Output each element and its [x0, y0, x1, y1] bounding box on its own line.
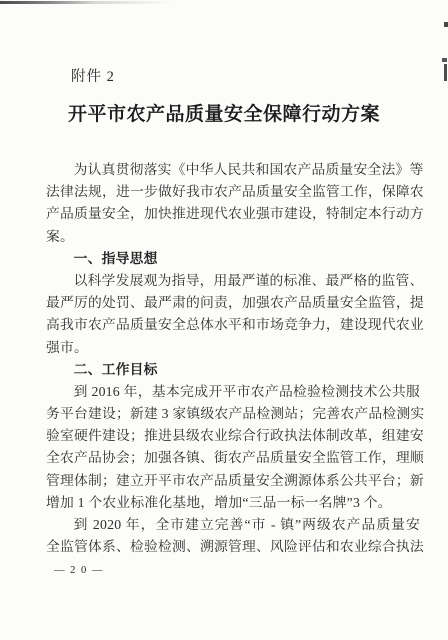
document-title: 开平市农产品质量安全保障行动方案 — [0, 103, 448, 127]
scan-artifact-right-mark-1 — [444, 22, 448, 27]
text-line: 法律法规，进一步做好我市农产品质量安全监管工作，保障农 — [46, 181, 420, 203]
text-line: 验室硬件建设；推进县级农业综合行政执法体制改革，组建安 — [46, 425, 420, 447]
document-body: 为认真贯彻落实《中华人民共和国农产品质量安全法》等法律法规，进一步做好我市农产品… — [46, 159, 420, 558]
scan-artifact-top-streak — [0, 1, 172, 4]
text-line: 到 2016 年，基本完成开平市农产品检验检测技术公共服 — [46, 381, 420, 403]
text-line: 务平台建设；新建 3 家镇级农产品检测站；完善农产品检测实 — [46, 403, 420, 425]
attachment-label: 附件 2 — [71, 69, 115, 85]
section-heading: 一、指导思想 — [46, 248, 420, 270]
text-line: 到 2020 年，全市建立完善“市 - 镇”两级农产品质量安 — [46, 514, 420, 536]
scanned-document-page: 附件 2 开平市农产品质量安全保障行动方案 为认真贯彻落实《中华人民共和国农产品… — [0, 0, 448, 640]
section-heading: 二、工作目标 — [46, 359, 420, 381]
page-number: — 2 0 — — [54, 564, 104, 578]
text-line: 增加 1 个农业标准化基地，增加“三品一标一名牌”3 个。 — [46, 492, 420, 514]
text-line: 以科学发展观为指导，用最严谨的标准、最严格的监管、 — [46, 270, 420, 292]
text-line: 高我市农产品质量安全总体水平和市场竞争力，建设现代农业 — [46, 314, 420, 336]
text-line: 全农产品协会；加强各镇、街农产品质量安全监管工作，理顺 — [46, 447, 420, 469]
text-line: 全监管体系、检验检测、溯源管理、风险评估和农业综合执法 — [46, 536, 420, 558]
text-line: 为认真贯彻落实《中华人民共和国农产品质量安全法》等 — [46, 159, 420, 181]
text-line: 产品质量安全，加快推进现代农业强市建设，特制定本行动方 — [46, 203, 420, 225]
text-line: 最严厉的处罚、最严肃的问责，加强农产品质量安全监管，提 — [46, 292, 420, 314]
text-line: 案。 — [46, 226, 420, 248]
text-line: 管理体制；建立开平市农产品质量安全溯源体系公共平台；新 — [46, 470, 420, 492]
scan-artifact-right-mark-3 — [444, 64, 447, 81]
scan-artifact-right-mark-2 — [442, 58, 447, 62]
text-line: 强市。 — [46, 337, 420, 359]
